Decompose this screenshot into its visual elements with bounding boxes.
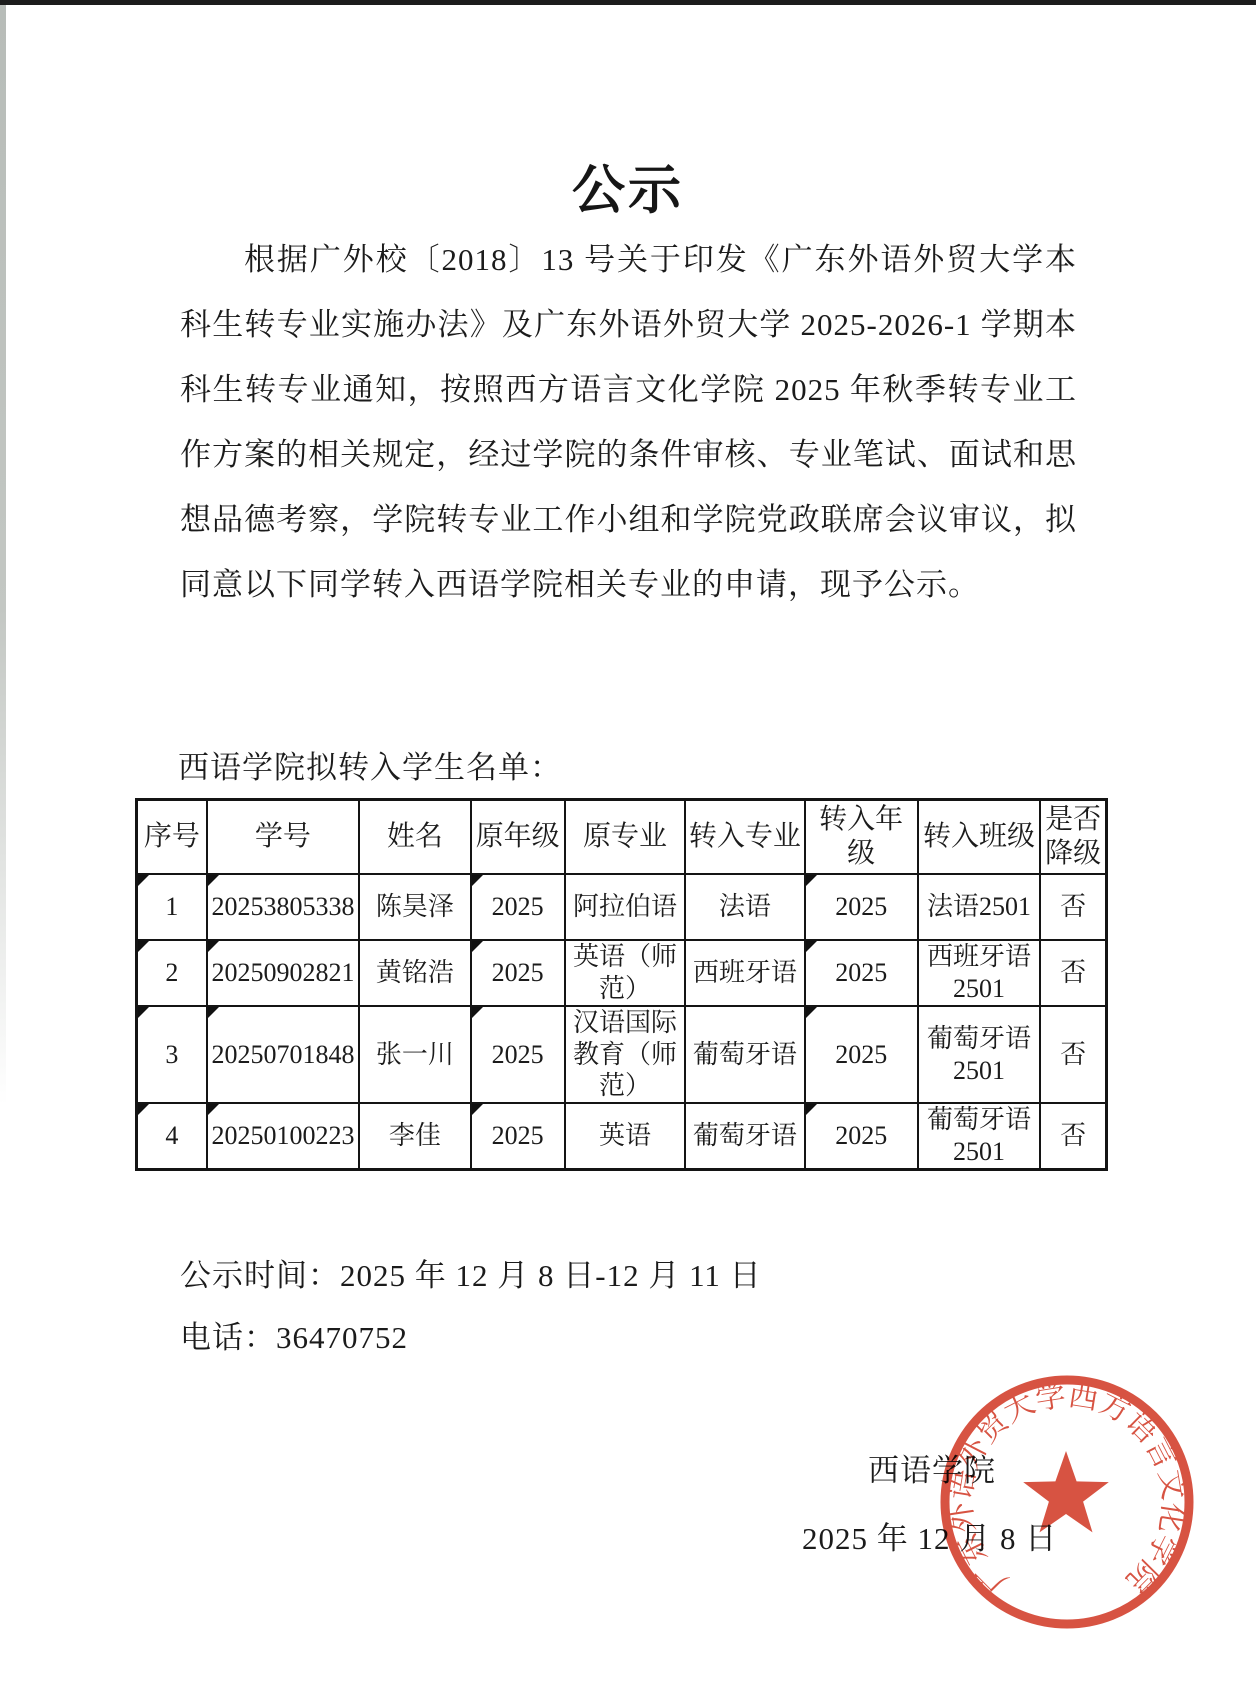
- cell-new-major: 葡萄牙语: [685, 1006, 804, 1103]
- header-cell-new-major: 转入专业: [685, 800, 804, 875]
- official-seal: 广东外语外贸大学西方语言文化学院: [937, 1370, 1197, 1634]
- header-cell-demotion: 是否降级: [1040, 800, 1106, 875]
- cell-demotion: 否: [1040, 874, 1106, 940]
- cell-new-class: 法语2501: [918, 874, 1040, 940]
- cell-orig-major: 英语（师范）: [565, 940, 685, 1006]
- cell-demotion: 否: [1040, 940, 1106, 1006]
- cell-orig-major: 汉语国际教育（师范）: [565, 1006, 685, 1103]
- cell-student-id: 20250701848: [207, 1006, 359, 1103]
- cell-student-id: 20250100223: [207, 1103, 359, 1170]
- cell-index: 1: [137, 874, 207, 940]
- table-row: 1 20253805338 陈昊泽 2025 阿拉伯语 法语 2025 法语25…: [137, 874, 1107, 940]
- header-cell-new-grade: 转入年级: [805, 800, 918, 875]
- cell-orig-grade: 2025: [471, 874, 565, 940]
- cell-name: 张一川: [359, 1006, 470, 1103]
- page-title: 公示: [0, 148, 1256, 224]
- contact-phone: 电话：36470752: [180, 1318, 408, 1358]
- cell-orig-grade: 2025: [471, 940, 565, 1006]
- header-cell-student-id: 学号: [207, 800, 359, 875]
- cell-new-class: 西班牙语2501: [918, 940, 1040, 1006]
- cell-orig-grade: 2025: [471, 1006, 565, 1103]
- cell-demotion: 否: [1040, 1006, 1106, 1103]
- cell-new-grade: 2025: [805, 940, 918, 1006]
- cell-index: 3: [137, 1006, 207, 1103]
- seal-star-icon: [1023, 1451, 1109, 1532]
- cell-name: 黄铭浩: [359, 940, 470, 1006]
- cell-new-major: 法语: [685, 874, 804, 940]
- header-cell-new-class: 转入班级: [918, 800, 1040, 875]
- table-row: 3 20250701848 张一川 2025 汉语国际教育（师范） 葡萄牙语 2…: [137, 1006, 1107, 1103]
- cell-student-id: 20250902821: [207, 940, 359, 1006]
- cell-orig-major: 英语: [565, 1103, 685, 1170]
- cell-student-id: 20253805338: [207, 874, 359, 940]
- list-subtitle: 西语学院拟转入学生名单：: [178, 742, 562, 787]
- cell-new-class: 葡萄牙语2501: [918, 1006, 1040, 1103]
- body-line: 想品德考察，学院转专业工作小组和学院党政联席会议审议，拟: [180, 500, 1077, 565]
- students-table: 序号 学号 姓名 原年级 原专业 转入专业 转入年级 转入班级 是否降级 1 2…: [135, 798, 1108, 1171]
- body-line: 根据广外校〔2018〕13 号关于印发《广东外语外贸大学本: [180, 240, 1077, 305]
- table-row: 4 20250100223 李佳 2025 英语 葡萄牙语 2025 葡萄牙语2…: [137, 1103, 1107, 1170]
- body-line: 作方案的相关规定，经过学院的条件审核、专业笔试、面试和思: [180, 435, 1077, 500]
- body-line: 科生转专业通知，按照西方语言文化学院 2025 年秋季转专业工: [180, 370, 1077, 435]
- cell-new-major: 葡萄牙语: [685, 1103, 804, 1170]
- cell-name: 李佳: [359, 1103, 470, 1170]
- cell-index: 2: [137, 940, 207, 1006]
- table-header-row: 序号 学号 姓名 原年级 原专业 转入专业 转入年级 转入班级 是否降级: [137, 800, 1107, 875]
- header-cell-index: 序号: [137, 800, 207, 875]
- table-row: 2 20250902821 黄铭浩 2025 英语（师范） 西班牙语 2025 …: [137, 940, 1107, 1006]
- header-cell-orig-grade: 原年级: [471, 800, 565, 875]
- cell-demotion: 否: [1040, 1103, 1106, 1170]
- body-paragraph: 根据广外校〔2018〕13 号关于印发《广东外语外贸大学本 科生转专业实施办法》…: [180, 240, 1077, 630]
- cell-orig-grade: 2025: [471, 1103, 565, 1170]
- header-cell-orig-major: 原专业: [565, 800, 685, 875]
- body-line: 同意以下同学转入西语学院相关专业的申请，现予公示。: [180, 565, 1077, 630]
- publicity-period: 公示时间：2025 年 12 月 8 日-12 月 11 日: [180, 1256, 762, 1296]
- cell-new-grade: 2025: [805, 1103, 918, 1170]
- body-line: 科生转专业实施办法》及广东外语外贸大学 2025-2026-1 学期本: [180, 305, 1077, 370]
- scan-top-band: [0, 0, 1256, 5]
- cell-new-class: 葡萄牙语2501: [918, 1103, 1040, 1170]
- document-page: 公示 根据广外校〔2018〕13 号关于印发《广东外语外贸大学本 科生转专业实施…: [0, 0, 1256, 1690]
- cell-new-grade: 2025: [805, 874, 918, 940]
- cell-new-major: 西班牙语: [685, 940, 804, 1006]
- header-cell-name: 姓名: [359, 800, 470, 875]
- cell-orig-major: 阿拉伯语: [565, 874, 685, 940]
- cell-new-grade: 2025: [805, 1006, 918, 1103]
- cell-name: 陈昊泽: [359, 874, 470, 940]
- cell-index: 4: [137, 1103, 207, 1170]
